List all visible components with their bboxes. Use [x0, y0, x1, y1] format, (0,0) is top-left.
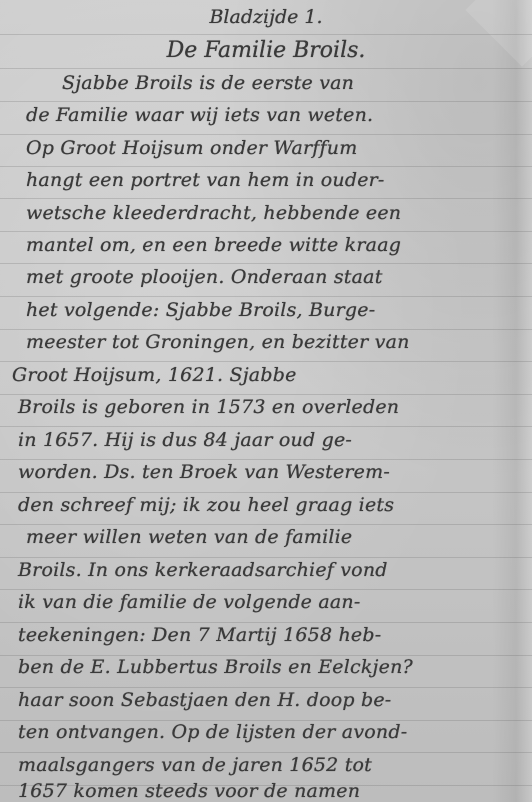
text-line-7: met groote plooijen. Onderaan staat	[26, 266, 383, 288]
ruled-line	[0, 198, 532, 199]
text-line-8: het volgende: Sjabbe Broils, Burge-	[26, 299, 375, 321]
text-line-18: teekeningen: Den 7 Martij 1658 heb-	[18, 624, 381, 646]
ruled-line	[0, 459, 532, 460]
text-line-22: maalsgangers van de jaren 1652 tot	[18, 754, 372, 776]
text-line-1: Sjabbe Broils is de eerste van	[62, 72, 354, 94]
ruled-line	[0, 263, 532, 264]
text-line-16: Broils. In ons kerkeraadsarchief vond	[18, 559, 388, 581]
text-line-4: hangt een portret van hem in ouder-	[26, 169, 385, 191]
ruled-line	[0, 589, 532, 590]
ruled-line	[0, 231, 532, 232]
ruled-line	[0, 752, 532, 753]
text-line-19: ben de E. Lubbertus Broils en Eelckjen?	[18, 656, 413, 678]
text-line-11: Broils is geboren in 1573 en overleden	[18, 396, 399, 418]
ruled-line	[0, 394, 532, 395]
ruled-line	[0, 687, 532, 688]
text-line-10: Groot Hoijsum, 1621. Sjabbe	[12, 364, 297, 386]
ruled-line	[0, 329, 532, 330]
ruled-line	[0, 361, 532, 362]
text-line-14: den schreef mij; ik zou heel graag iets	[18, 494, 394, 516]
ruled-line	[0, 68, 532, 69]
document-title: De Familie Broils.	[0, 38, 532, 63]
text-line-3: Op Groot Hoijsum onder Warffum	[26, 137, 357, 159]
ruled-line	[0, 524, 532, 525]
ruled-line	[0, 134, 532, 135]
text-line-13: worden. Ds. ten Broek van Westerem-	[18, 461, 390, 483]
text-line-12: in 1657. Hij is dus 84 jaar oud ge-	[18, 429, 352, 451]
ruled-line	[0, 426, 532, 427]
page-fold-shadow	[492, 0, 532, 802]
ruled-line	[0, 166, 532, 167]
text-line-17: ik van die familie de volgende aan-	[18, 591, 360, 613]
text-line-2: de Familie waar wij iets van weten.	[26, 104, 373, 126]
ruled-line	[0, 296, 532, 297]
page-number-heading: Bladzijde 1.	[0, 6, 532, 28]
ruled-line	[0, 557, 532, 558]
text-line-15: meer willen weten van de familie	[26, 526, 352, 548]
ruled-line	[0, 101, 532, 102]
text-line-23: 1657 komen steeds voor de namen	[18, 780, 360, 802]
ruled-line	[0, 492, 532, 493]
text-line-6: mantel om, en een breede witte kraag	[26, 234, 401, 256]
text-line-9: meester tot Groningen, en bezitter van	[26, 331, 410, 353]
text-line-20: haar soon Sebastjaen den H. doop be-	[18, 689, 391, 711]
ruled-line	[0, 34, 532, 35]
text-line-21: ten ontvangen. Op de lijsten der avond-	[18, 721, 407, 743]
ruled-line	[0, 622, 532, 623]
handwritten-page: Bladzijde 1. De Familie Broils. Sjabbe B…	[0, 0, 532, 802]
text-line-5: wetsche kleederdracht, hebbende een	[26, 202, 401, 224]
